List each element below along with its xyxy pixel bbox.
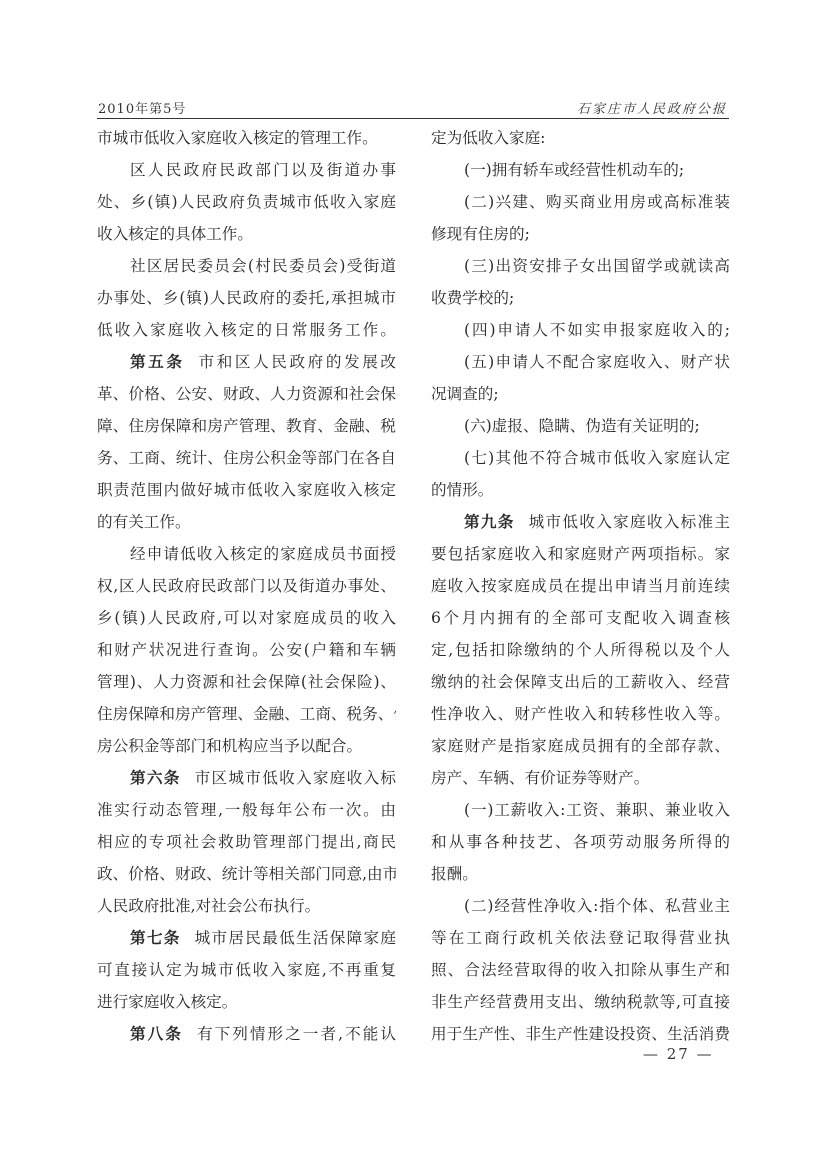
- text-line: 住房保障和房产管理、金融、工商、税务、住: [97, 704, 396, 736]
- text-line: 缴纳的社会保障支出后的工薪收入、经营: [431, 672, 730, 704]
- page-number: — 27 —: [643, 1045, 714, 1063]
- line-text: 社区居民委员会(村民委员会)受街道: [130, 257, 396, 275]
- text-line: 进行家庭收入核定。: [97, 992, 396, 1024]
- text-line: (五)申请人不配合家庭收入、财产状: [431, 352, 730, 384]
- line-text: (二)兴建、购买商业用房或高标准装: [464, 193, 730, 211]
- line-text: (一)工薪收入:工资、兼职、兼业收入: [464, 801, 730, 819]
- text-line: 性净收入、财产性收入和转移性收入等。: [431, 704, 730, 736]
- line-text: 房产、车辆、有价证券等财产。: [431, 769, 649, 787]
- article-number: 第七条: [130, 929, 181, 947]
- text-line: 房公积金等部门和机构应当予以配合。: [97, 736, 396, 768]
- line-text: 区人民政府民政部门以及街道办事: [130, 161, 396, 179]
- line-text: 有下列情形之一者,不能认: [197, 1025, 396, 1043]
- article-heading-line: 第五条市和区人民政府的发展改: [97, 352, 396, 384]
- line-text: (四)申请人不如实申报家庭收入的;: [464, 321, 730, 339]
- text-line: 非生产经营费用支出、缴纳税款等,可直接: [431, 992, 730, 1024]
- text-line: (四)申请人不如实申报家庭收入的;: [431, 320, 730, 352]
- article-heading-line: 第九条城市低收入家庭收入标准主: [431, 512, 730, 544]
- text-line: 收入核定的具体工作。: [97, 224, 396, 256]
- line-text: 乡(镇)人民政府,可以对家庭成员的收入: [97, 609, 396, 627]
- publication-title: 石家庄市人民政府公报: [577, 98, 727, 117]
- line-text: 和从事各种技艺、各项劳动服务所得的: [431, 833, 730, 851]
- line-text: 非生产经营费用支出、缴纳税款等,可直接: [431, 993, 730, 1011]
- left-column: 市城市低收入家庭收入核定的管理工作。区人民政府民政部门以及街道办事处、乡(镇)人…: [97, 128, 396, 1056]
- text-line: (一)工薪收入:工资、兼职、兼业收入: [431, 800, 730, 832]
- line-text: (七)其他不符合城市低收入家庭认定: [464, 449, 730, 467]
- article-heading-line: 第七条城市居民最低生活保障家庭: [97, 928, 396, 960]
- text-line: 政、价格、财政、统计等相关部门同意,由市: [97, 864, 396, 896]
- text-line: 定,包括扣除缴纳的个人所得税以及个人: [431, 640, 730, 672]
- line-text: 可直接认定为城市低收入家庭,不再重复: [97, 961, 396, 979]
- line-text: 6个月内拥有的全部可支配收入调查核: [431, 609, 730, 627]
- text-line: 的有关工作。: [97, 512, 396, 544]
- line-text: 用于生产性、非生产性建设投资、生活消费: [431, 1025, 730, 1043]
- text-line: 市城市低收入家庭收入核定的管理工作。: [97, 128, 396, 160]
- text-line: 6个月内拥有的全部可支配收入调查核: [431, 608, 730, 640]
- text-line: 等在工商行政机关依法登记取得营业执: [431, 928, 730, 960]
- text-line: 准实行动态管理,一般每年公布一次。由: [97, 800, 396, 832]
- line-text: 收费学校的;: [431, 289, 514, 307]
- text-line: (二)兴建、购买商业用房或高标准装: [431, 192, 730, 224]
- line-text: 市区城市低收入家庭收入标: [195, 769, 396, 787]
- line-text: 的情形。: [431, 481, 493, 499]
- text-line: 家庭财产是指家庭成员拥有的全部存款、: [431, 736, 730, 768]
- line-text: 权,区人民政府民政部门以及街道办事处、: [97, 577, 396, 595]
- line-text: (三)出资安排子女出国留学或就读高: [464, 257, 730, 275]
- line-text: 办事处、乡(镇)人民政府的委托,承担城市: [97, 289, 396, 307]
- text-line: 革、价格、公安、财政、人力资源和社会保: [97, 384, 396, 416]
- right-column: 定为低收入家庭:(一)拥有轿车或经营性机动车的;(二)兴建、购买商业用房或高标准…: [431, 128, 730, 1056]
- line-text: 和财产状况进行查询。公安(户籍和车辆: [97, 641, 396, 659]
- line-text: 修现有住房的;: [431, 225, 530, 243]
- text-line: 庭收入按家庭成员在提出申请当月前连续: [431, 576, 730, 608]
- running-header: 2010年第5号 石家庄市人民政府公报: [97, 96, 729, 119]
- line-text: 职责范围内做好城市低收入家庭收入核定: [97, 481, 396, 499]
- text-line: 处、乡(镇)人民政府负责城市低收入家庭: [97, 192, 396, 224]
- article-number: 第八条: [130, 1025, 183, 1043]
- line-text: 管理)、人力资源和社会保障(社会保险)、: [97, 673, 396, 691]
- line-text: 务、工商、统计、住房公积金等部门在各自: [97, 449, 396, 467]
- text-line: 修现有住房的;: [431, 224, 730, 256]
- line-text: 政、价格、财政、统计等相关部门同意,由市: [97, 865, 396, 883]
- line-text: (五)申请人不配合家庭收入、财产状: [464, 353, 730, 371]
- text-line: (一)拥有轿车或经营性机动车的;: [431, 160, 730, 192]
- text-line: 障、住房保障和房产管理、教育、金融、税: [97, 416, 396, 448]
- article-number: 第六条: [130, 769, 181, 787]
- line-text: 性净收入、财产性收入和转移性收入等。: [431, 705, 730, 723]
- line-text: 住房保障和房产管理、金融、工商、税务、住: [97, 705, 396, 723]
- line-text: 处、乡(镇)人民政府负责城市低收入家庭: [97, 193, 396, 211]
- text-line: 乡(镇)人民政府,可以对家庭成员的收入: [97, 608, 396, 640]
- text-line: 职责范围内做好城市低收入家庭收入核定: [97, 480, 396, 512]
- article-heading-line: 第八条有下列情形之一者,不能认: [97, 1024, 396, 1056]
- line-text: 定,包括扣除缴纳的个人所得税以及个人: [431, 641, 730, 659]
- article-number: 第五条: [130, 353, 185, 371]
- line-text: 缴纳的社会保障支出后的工薪收入、经营: [431, 673, 730, 691]
- text-line: (二)经营性净收入:指个体、私营业主: [431, 896, 730, 928]
- line-text: 经申请低收入核定的家庭成员书面授: [130, 545, 396, 563]
- text-line: 相应的专项社会救助管理部门提出,商民: [97, 832, 396, 864]
- line-text: 的有关工作。: [97, 513, 191, 531]
- text-line: 和从事各种技艺、各项劳动服务所得的: [431, 832, 730, 864]
- text-line: 社区居民委员会(村民委员会)受街道: [97, 256, 396, 288]
- line-text: 相应的专项社会救助管理部门提出,商民: [97, 833, 396, 851]
- line-text: 障、住房保障和房产管理、教育、金融、税: [97, 417, 396, 435]
- text-line: 管理)、人力资源和社会保障(社会保险)、: [97, 672, 396, 704]
- line-text: (二)经营性净收入:指个体、私营业主: [464, 897, 730, 915]
- line-text: 况调查的;: [431, 385, 499, 403]
- text-line: 况调查的;: [431, 384, 730, 416]
- text-line: (三)出资安排子女出国留学或就读高: [431, 256, 730, 288]
- text-line: (六)虚报、隐瞒、伪造有关证明的;: [431, 416, 730, 448]
- line-text: 庭收入按家庭成员在提出申请当月前连续: [431, 577, 730, 595]
- line-text: (一)拥有轿车或经营性机动车的;: [464, 161, 684, 179]
- line-text: 革、价格、公安、财政、人力资源和社会保: [97, 385, 396, 403]
- text-line: 报酬。: [431, 864, 730, 896]
- article-number: 第九条: [464, 513, 515, 531]
- text-line: (七)其他不符合城市低收入家庭认定: [431, 448, 730, 480]
- line-text: 定为低收入家庭:: [431, 129, 545, 147]
- text-line: 照、合法经营取得的收入扣除从事生产和: [431, 960, 730, 992]
- line-text: 家庭财产是指家庭成员拥有的全部存款、: [431, 737, 730, 755]
- line-text: 等在工商行政机关依法登记取得营业执: [431, 929, 730, 947]
- text-line: 房产、车辆、有价证券等财产。: [431, 768, 730, 800]
- line-text: 市城市低收入家庭收入核定的管理工作。: [97, 129, 378, 147]
- line-text: 进行家庭收入核定。: [97, 993, 237, 1011]
- line-text: (六)虚报、隐瞒、伪造有关证明的;: [464, 417, 700, 435]
- issue-label: 2010年第5号: [98, 98, 186, 117]
- text-line: 低收入家庭收入核定的日常服务工作。: [97, 320, 396, 352]
- line-text: 收入核定的具体工作。: [97, 225, 253, 243]
- line-text: 房公积金等部门和机构应当予以配合。: [97, 737, 362, 755]
- text-line: 区人民政府民政部门以及街道办事: [97, 160, 396, 192]
- text-line: 人民政府批准,对社会公布执行。: [97, 896, 396, 928]
- text-line: 要包括家庭收入和家庭财产两项指标。家: [431, 544, 730, 576]
- text-line: 和财产状况进行查询。公安(户籍和车辆: [97, 640, 396, 672]
- text-line: 务、工商、统计、住房公积金等部门在各自: [97, 448, 396, 480]
- text-line: 办事处、乡(镇)人民政府的委托,承担城市: [97, 288, 396, 320]
- line-text: 人民政府批准,对社会公布执行。: [97, 897, 320, 915]
- text-line: 可直接认定为城市低收入家庭,不再重复: [97, 960, 396, 992]
- line-text: 照、合法经营取得的收入扣除从事生产和: [431, 961, 730, 979]
- text-line: 权,区人民政府民政部门以及街道办事处、: [97, 576, 396, 608]
- line-text: 准实行动态管理,一般每年公布一次。由: [97, 801, 396, 819]
- line-text: 低收入家庭收入核定的日常服务工作。: [97, 321, 396, 339]
- article-heading-line: 第六条市区城市低收入家庭收入标: [97, 768, 396, 800]
- line-text: 报酬。: [431, 865, 478, 883]
- text-line: 的情形。: [431, 480, 730, 512]
- text-line: 收费学校的;: [431, 288, 730, 320]
- text-line: 定为低收入家庭:: [431, 128, 730, 160]
- line-text: 城市低收入家庭收入标准主: [529, 513, 730, 531]
- line-text: 要包括家庭收入和家庭财产两项指标。家: [431, 545, 730, 563]
- line-text: 市和区人民政府的发展改: [199, 353, 396, 371]
- line-text: 城市居民最低生活保障家庭: [195, 929, 396, 947]
- text-line: 经申请低收入核定的家庭成员书面授: [97, 544, 396, 576]
